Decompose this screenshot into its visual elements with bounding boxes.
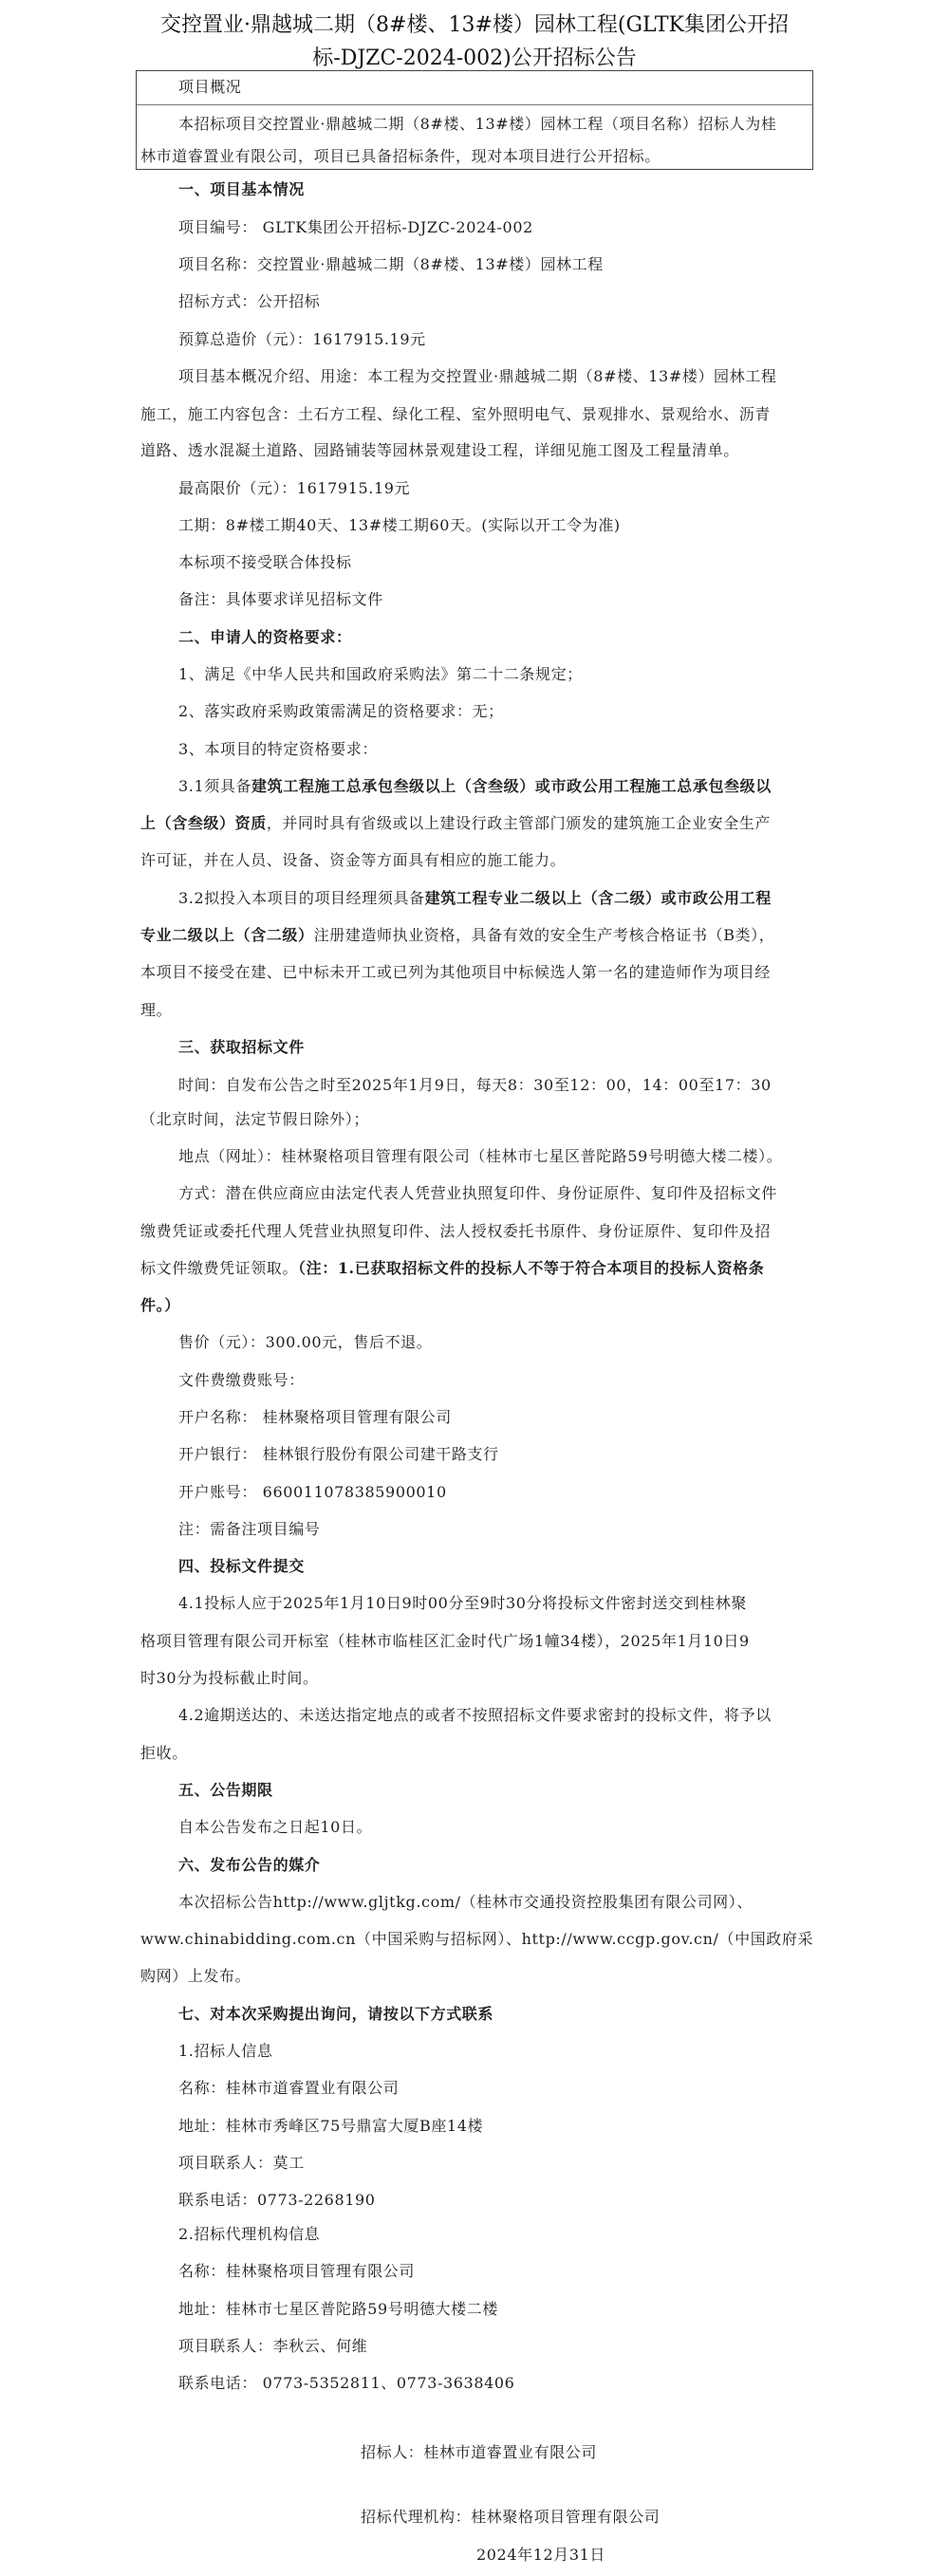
no-consortium-note: 本标项不接受联合体投标 [178, 552, 814, 573]
agent-address: 地址：桂林市七星区普陀路59号明德大楼二楼 [178, 2299, 814, 2320]
acquire-place: 地点（网址）：桂林聚格项目管理有限公司（桂林市七星区普陀路59号明德大楼二楼）。 [178, 1146, 814, 1167]
acquire-method-line-1: 方式：潜在供应商应由法定代表人凭营业执照复印件、身份证原件、复印件及招标文件 [178, 1183, 814, 1204]
req-3-1-rest: ，并同时具有省级或以上建设行政主管部门颁发的建筑施工企业安全生产 [267, 814, 771, 832]
acquire-time-line-1: 时间：自发布公告之时至2025年1月9日，每天8：30至12：00，14：00至… [178, 1075, 814, 1096]
project-intro-line-3: 道路、透水混凝土道路、园路铺装等园林景观建设工程，详细见施工图及工程量清单。 [140, 440, 816, 461]
overview-divider [137, 104, 812, 105]
section-7-heading: 七、对本次采购提出询问，请按以下方式联系 [178, 2004, 814, 2025]
agent-phone: 联系电话： 0773-5352811、0773-3638406 [178, 2373, 814, 2394]
requirement-3-2-line-4: 理。 [140, 1000, 816, 1021]
account-name: 开户名称： 桂林聚格项目管理有限公司 [178, 1407, 814, 1428]
budget-total: 预算总造价（元）：1617915.19元 [178, 329, 814, 350]
section-5-heading: 五、公告期限 [178, 1780, 814, 1801]
overview-body-line-1: 本招标项目交控置业·鼎越城二期（8#楼、13#楼）园林工程（项目名称）招标人为桂 [178, 114, 814, 135]
submission-4-1-line-3: 时30分为投标截止时间。 [140, 1668, 816, 1689]
acquire-method-line-3: 标文件缴费凭证领取。（注：1.已获取招标文件的投标人不等于符合本项目的投标人资格… [140, 1258, 816, 1279]
media-line-1: 本次招标公告http://www.gljtkg.com/（桂林市交通投资控股集团… [178, 1892, 814, 1913]
tenderer-contact: 项目联系人：莫工 [178, 2153, 814, 2174]
max-price: 最高限价（元）：1617915.19元 [178, 478, 814, 499]
req-3-1-bold: 建筑工程施工总承包叁级以上（含叁级）或市政公用工程施工总承包叁级以 [251, 777, 772, 795]
section-1-heading: 一、项目基本情况 [178, 179, 814, 200]
tenderer-name: 名称：桂林市道睿置业有限公司 [178, 2078, 814, 2099]
req-3-2-bold: 建筑工程专业二级以上（含二级）或市政公用工程 [425, 889, 772, 907]
signature-agent: 招标代理机构：桂林聚格项目管理有限公司 [361, 2507, 660, 2528]
acquire-time-line-2: （北京时间，法定节假日除外）； [140, 1109, 816, 1130]
req-3-1-prefix: 3.1须具备 [178, 777, 251, 795]
construction-period: 工期：8#楼工期40天、13#楼工期60天。(实际以开工令为准) [178, 515, 814, 536]
account-number: 开户账号： 660011078385900010 [178, 1482, 814, 1503]
req-3-2-prefix: 3.2拟投入本项目的项目经理须具备 [178, 889, 425, 907]
req-3-2-rest: 注册建造师执业资格，具备有效的安全生产考核合格证书（B类）， [314, 926, 775, 944]
acquire-note-bold: （注：1.已获取招标文件的投标人不等于符合本项目的投标人资格条 [298, 1259, 764, 1277]
project-name: 项目名称：交控置业·鼎越城二期（8#楼、13#楼）园林工程 [178, 254, 814, 275]
account-bank: 开户银行： 桂林银行股份有限公司建干路支行 [178, 1444, 814, 1465]
project-intro-line-2: 施工，施工内容包含：土石方工程、绿化工程、室外照明电气、景观排水、景观给水、沥青 [140, 404, 816, 425]
overview-body-line-2: 林市道睿置业有限公司，项目已具备招标条件，现对本项目进行公开招标。 [140, 146, 816, 167]
req-3-1-bold-2: 上（含叁级）资质 [140, 814, 267, 832]
requirement-3-1-line-1: 3.1须具备建筑工程施工总承包叁级以上（含叁级）或市政公用工程施工总承包叁级以 [178, 776, 814, 797]
announcement-period: 自本公告发布之日起10日。 [178, 1817, 814, 1838]
acquire-method-text: 标文件缴费凭证领取。 [140, 1259, 298, 1277]
tenderer-address: 地址：桂林市秀峰区75号鼎富大厦B座14楼 [178, 2116, 814, 2137]
acquire-method-line-2: 缴费凭证或委托代理人凭营业执照复印件、法人授权委托书原件、身份证原件、复印件及招 [140, 1221, 816, 1242]
tenderer-phone: 联系电话：0773-2268190 [178, 2190, 814, 2211]
requirement-3-2-line-2: 专业二级以上（含二级）注册建造师执业资格，具备有效的安全生产考核合格证书（B类）… [140, 925, 816, 946]
agent-info-title: 2.招标代理机构信息 [178, 2224, 814, 2245]
req-3-2-bold-2: 专业二级以上（含二级） [140, 926, 314, 944]
submission-4-2-line-1: 4.2逾期送达的、未送达指定地点的或者不按照招标文件要求密封的投标文件，将予以 [178, 1705, 814, 1726]
project-intro-line-1: 项目基本概况介绍、用途：本工程为交控置业·鼎越城二期（8#楼、13#楼）园林工程 [178, 366, 814, 387]
overview-header: 项目概况 [178, 77, 814, 98]
agent-name: 名称：桂林聚格项目管理有限公司 [178, 2261, 814, 2282]
submission-4-1-line-1: 4.1投标人应于2025年1月10日9时00分至9时30分将投标文件密封送交到桂… [178, 1593, 814, 1614]
document-price: 售价（元）：300.00元，售后不退。 [178, 1332, 814, 1353]
tenderer-info-title: 1.招标人信息 [178, 2041, 814, 2062]
media-line-2: www.chinabidding.com.cn（中国采购与招标网）、http:/… [140, 1929, 816, 1950]
signature-tenderer: 招标人：桂林市道睿置业有限公司 [361, 2442, 597, 2463]
requirement-2: 2、落实政府采购政策需满足的资格要求：无； [178, 701, 814, 722]
requirement-3-1-line-3: 许可证，并在人员、设备、资金等方面具有相应的施工能力。 [140, 850, 816, 871]
requirement-1: 1、满足《中华人民共和国政府采购法》第二十二条规定； [178, 664, 814, 685]
fee-account-title: 文件费缴费账号： [178, 1370, 814, 1391]
section-6-heading: 六、发布公告的媒介 [178, 1855, 814, 1876]
announcement-title-line-1: 交控置业·鼎越城二期（8#楼、13#楼）园林工程(GLTK集团公开招 [0, 9, 949, 42]
section-4-heading: 四、投标文件提交 [178, 1556, 814, 1577]
acquire-note-bold-end: 件。） [140, 1295, 816, 1316]
section-3-heading: 三、获取招标文件 [178, 1037, 814, 1058]
account-note: 注：需备注项目编号 [178, 1519, 814, 1540]
project-number: 项目编号： GLTK集团公开招标-DJZC-2024-002 [178, 217, 814, 238]
requirement-3-2-line-3: 本项目不接受在建、已中标未开工或已列为其他项目中标候选人第一名的建造师作为项目经 [140, 962, 816, 983]
media-line-3: 购网）上发布。 [140, 1966, 816, 1987]
submission-4-1-line-2: 格项目管理有限公司开标室（桂林市临桂区汇金时代广场1幢34楼），2025年1月1… [140, 1631, 816, 1652]
remark: 备注：具体要求详见招标文件 [178, 589, 814, 610]
section-2-heading: 二、申请人的资格要求： [178, 627, 814, 648]
requirement-3-2-line-1: 3.2拟投入本项目的项目经理须具备建筑工程专业二级以上（含二级）或市政公用工程 [178, 888, 814, 909]
requirement-3-1-line-2: 上（含叁级）资质，并同时具有省级或以上建设行政主管部门颁发的建筑施工企业安全生产 [140, 813, 816, 834]
requirement-3: 3、本项目的特定资格要求： [178, 739, 814, 760]
signature-date: 2024年12月31日 [476, 2545, 605, 2566]
tender-method: 招标方式：公开招标 [178, 291, 814, 312]
submission-4-2-line-2: 拒收。 [140, 1743, 816, 1764]
agent-contact: 项目联系人：李秋云、何维 [178, 2336, 814, 2357]
